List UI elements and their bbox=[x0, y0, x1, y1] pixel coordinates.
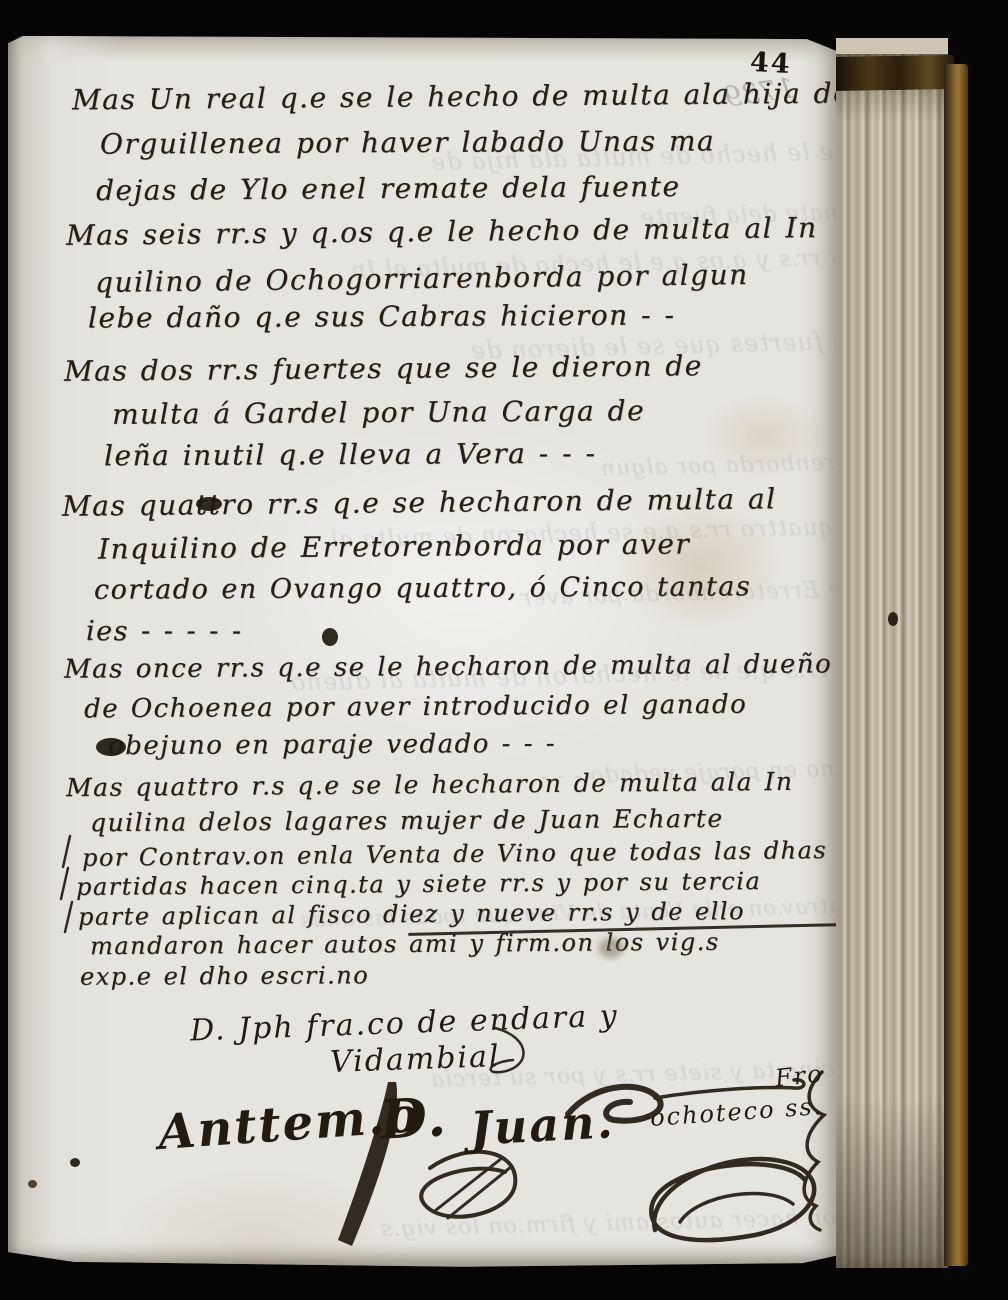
manuscript-line: lebe daño q.e sus Cabras hicieron - - bbox=[88, 298, 676, 334]
clerk-signature: D. Jph fra.co de endara y bbox=[190, 999, 620, 1049]
signature: Fro bbox=[774, 1060, 825, 1093]
rubric-knot bbox=[436, 1158, 502, 1210]
rubric-knot bbox=[448, 1166, 512, 1218]
signature: ochoteco ss. bbox=[649, 1092, 824, 1132]
manuscript-line: cortado en Ovango quattro, ó Cinco tanta… bbox=[94, 571, 751, 605]
book-fore-edge bbox=[836, 50, 948, 1268]
ink-blot bbox=[888, 612, 898, 626]
bleedthrough-text: quilino de Ochogorriarenborda por algun bbox=[600, 443, 836, 481]
manuscript-line: quilino de Ochogorriarenborda por algun bbox=[95, 258, 749, 299]
margin-tick bbox=[65, 902, 72, 932]
manuscript-line: de Ochoenea por aver introducido el gana… bbox=[84, 690, 747, 725]
ink-blot bbox=[70, 1158, 80, 1167]
manuscript-scan: 1739 Mas Un real q.e se le hecho de mult… bbox=[0, 0, 1008, 1300]
manuscript-line: Mas once rr.s q.e se le hecharon de mult… bbox=[64, 649, 832, 684]
margin-tick bbox=[61, 868, 68, 899]
manuscript-line: leña inutil q.e lleva a Vera - - - bbox=[104, 437, 597, 473]
manuscript-line: Mas dos rr.s fuertes que se le dieron de bbox=[64, 349, 703, 388]
signature: D. bbox=[378, 1084, 449, 1151]
manuscript-line: Mas seis rr.s y q.os q.e le hecho de mul… bbox=[66, 211, 818, 252]
signature: Juan. bbox=[469, 1094, 616, 1155]
ink-blot bbox=[196, 497, 222, 511]
manuscript-line: partidas hacen cinq.ta y siete rr.s y po… bbox=[76, 867, 761, 901]
book-cover-edge bbox=[944, 64, 968, 1266]
manuscript-line: obejuno en paraje vedado - - - bbox=[108, 729, 556, 761]
manuscript-line: Inquilino de Erretorenborda por aver bbox=[98, 527, 690, 565]
manuscript-line: multa á Gardel por Una Carga de bbox=[112, 394, 645, 431]
clerk-signature: Vidambial bbox=[329, 1039, 501, 1080]
book-head-band bbox=[832, 55, 955, 91]
manuscript-line: ies - - - - - bbox=[86, 616, 243, 647]
folio-number: 44 bbox=[749, 47, 792, 80]
rubric-knot bbox=[421, 1152, 515, 1217]
ink-blot bbox=[322, 628, 338, 646]
margin-tick bbox=[63, 836, 70, 867]
manuscript-line: exp.e el dho escri.no bbox=[80, 961, 369, 991]
ink-blot bbox=[28, 1180, 37, 1188]
manuscript-line: dejas de Ylo enel remate dela fuente bbox=[96, 170, 681, 207]
manuscript-line: quilina delos lagares mujer de Juan Echa… bbox=[90, 804, 724, 837]
manuscript-page: 1739 Mas Un real q.e se le hecho de mult… bbox=[8, 36, 836, 1268]
manuscript-line: Orguillenea por haver labado Unas ma bbox=[100, 124, 715, 160]
manuscript-line: Mas Un real q.e se le hecho de multa ala… bbox=[72, 77, 836, 117]
manuscript-line: Mas quattro rr.s q.e se hecharon de mult… bbox=[62, 482, 777, 522]
manuscript-line: Mas quattro r.s q.e se le hecharon de mu… bbox=[66, 767, 794, 802]
bleedthrough-text: mandaron hacer autos ami y firm.on los v… bbox=[380, 1203, 836, 1242]
ink-blot bbox=[96, 738, 126, 756]
manuscript-line: parte aplican al fisco diez y nueve rr.s… bbox=[78, 897, 745, 931]
stain bbox=[598, 938, 624, 958]
manuscript-line: mandaron hacer autos ami y firm.on los v… bbox=[90, 928, 720, 960]
